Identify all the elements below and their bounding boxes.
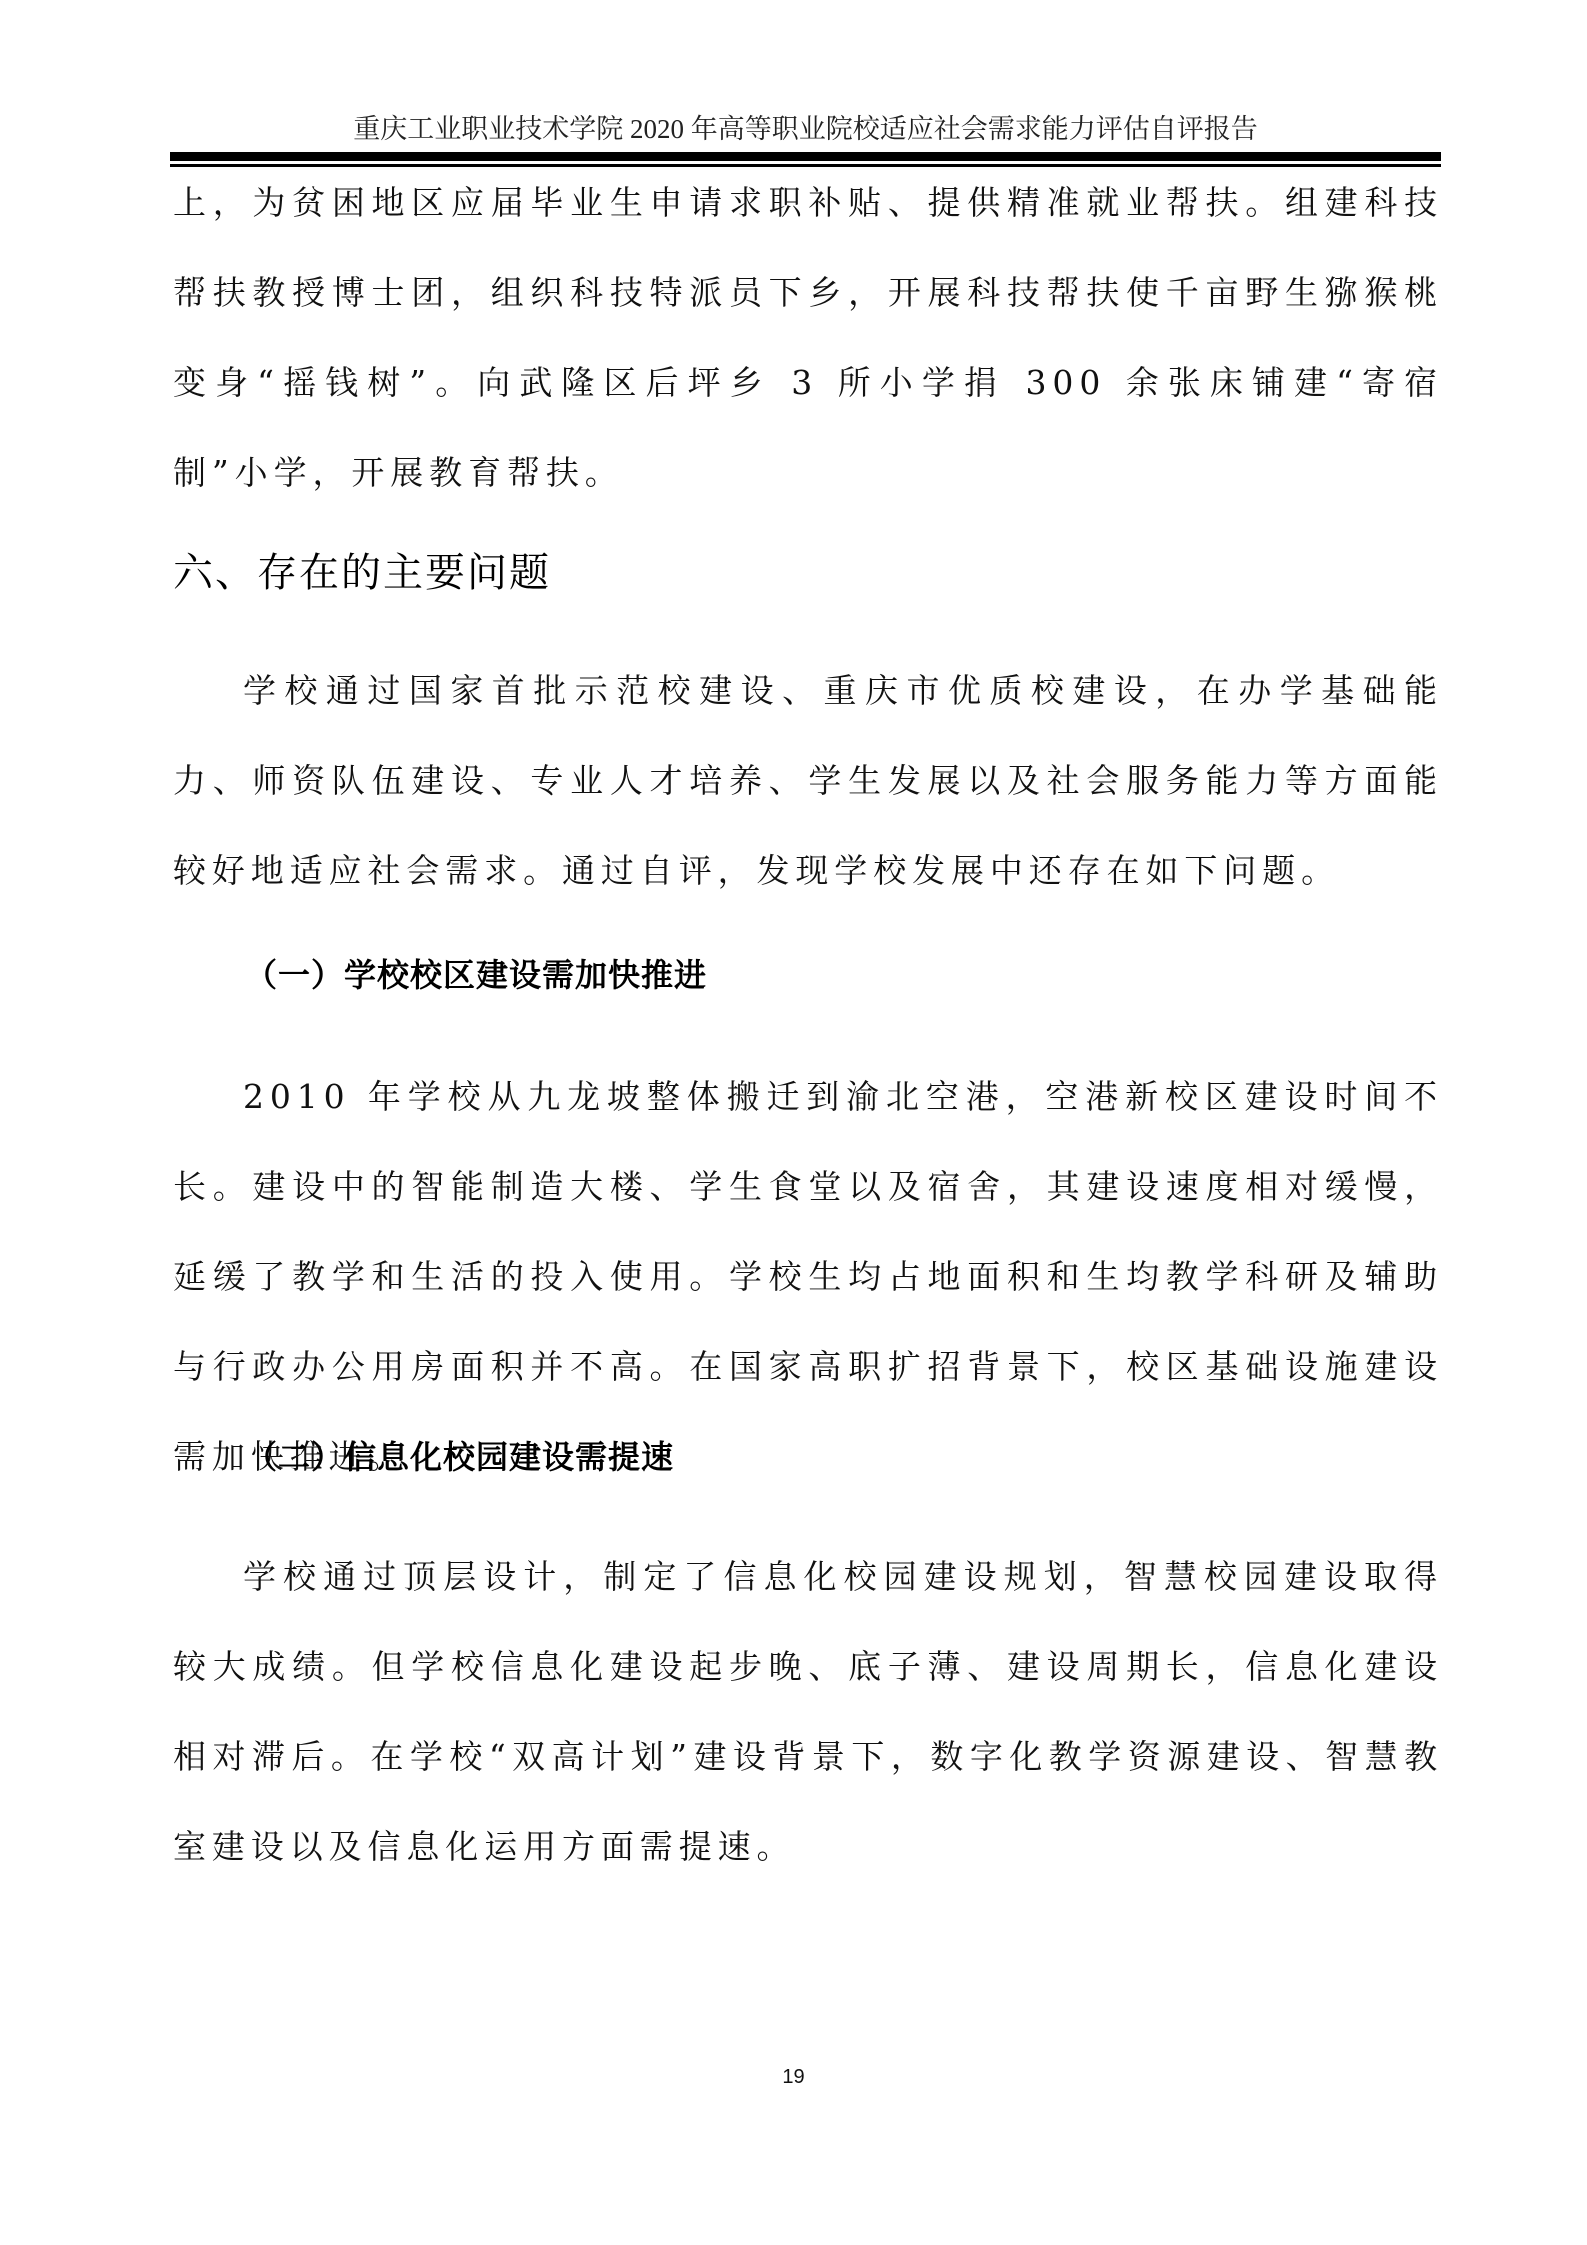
subsection-paragraph-1: 2010 年学校从九龙坡整体搬迁到渝北空港，空港新校区建设时间不长。建设中的智能…: [173, 1052, 1443, 1502]
subsection-heading-2: （二）信息化校园建设需提速: [245, 1437, 674, 1477]
running-header: 重庆工业职业技术学院 2020 年高等职业院校适应社会需求能力评估自评报告: [170, 112, 1441, 146]
page-number: 19: [0, 2066, 1587, 2089]
subsection-heading-1: （一）学校校区建设需加快推进: [245, 955, 707, 995]
section-heading: 六、存在的主要问题: [173, 548, 551, 598]
continued-paragraph: 上，为贫困地区应届毕业生申请求职补贴、提供精准就业帮扶。组建科技帮扶教授博士团，…: [173, 158, 1443, 518]
section-intro-paragraph: 学校通过国家首批示范校建设、重庆市优质校建设，在办学基础能力、师资队伍建设、专业…: [173, 646, 1443, 916]
subsection-paragraph-2: 学校通过顶层设计，制定了信息化校园建设规划，智慧校园建设取得较大成绩。但学校信息…: [173, 1532, 1443, 1892]
